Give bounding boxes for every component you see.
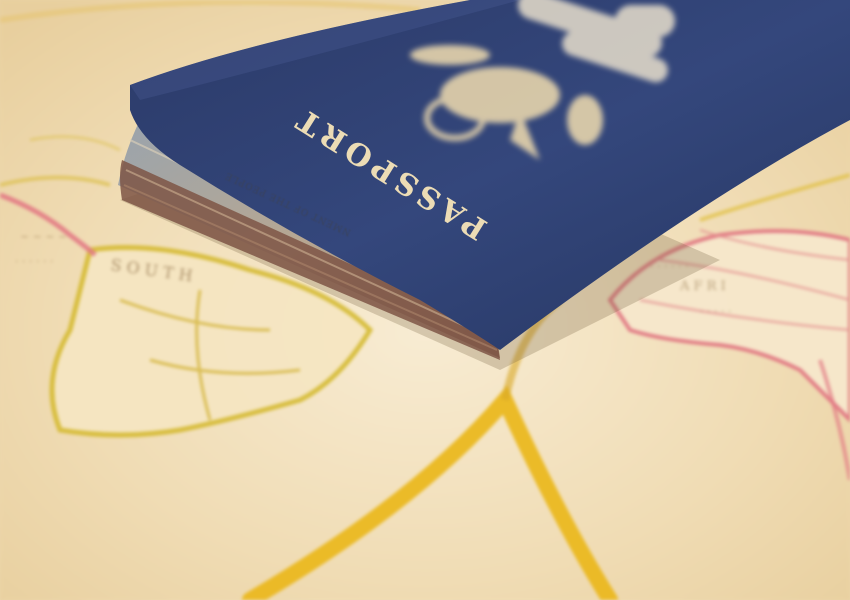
photo-scene: ~ ~ ~ ~ · · · · · · A F R I · · · · · · … <box>0 0 850 600</box>
passport <box>0 0 850 600</box>
